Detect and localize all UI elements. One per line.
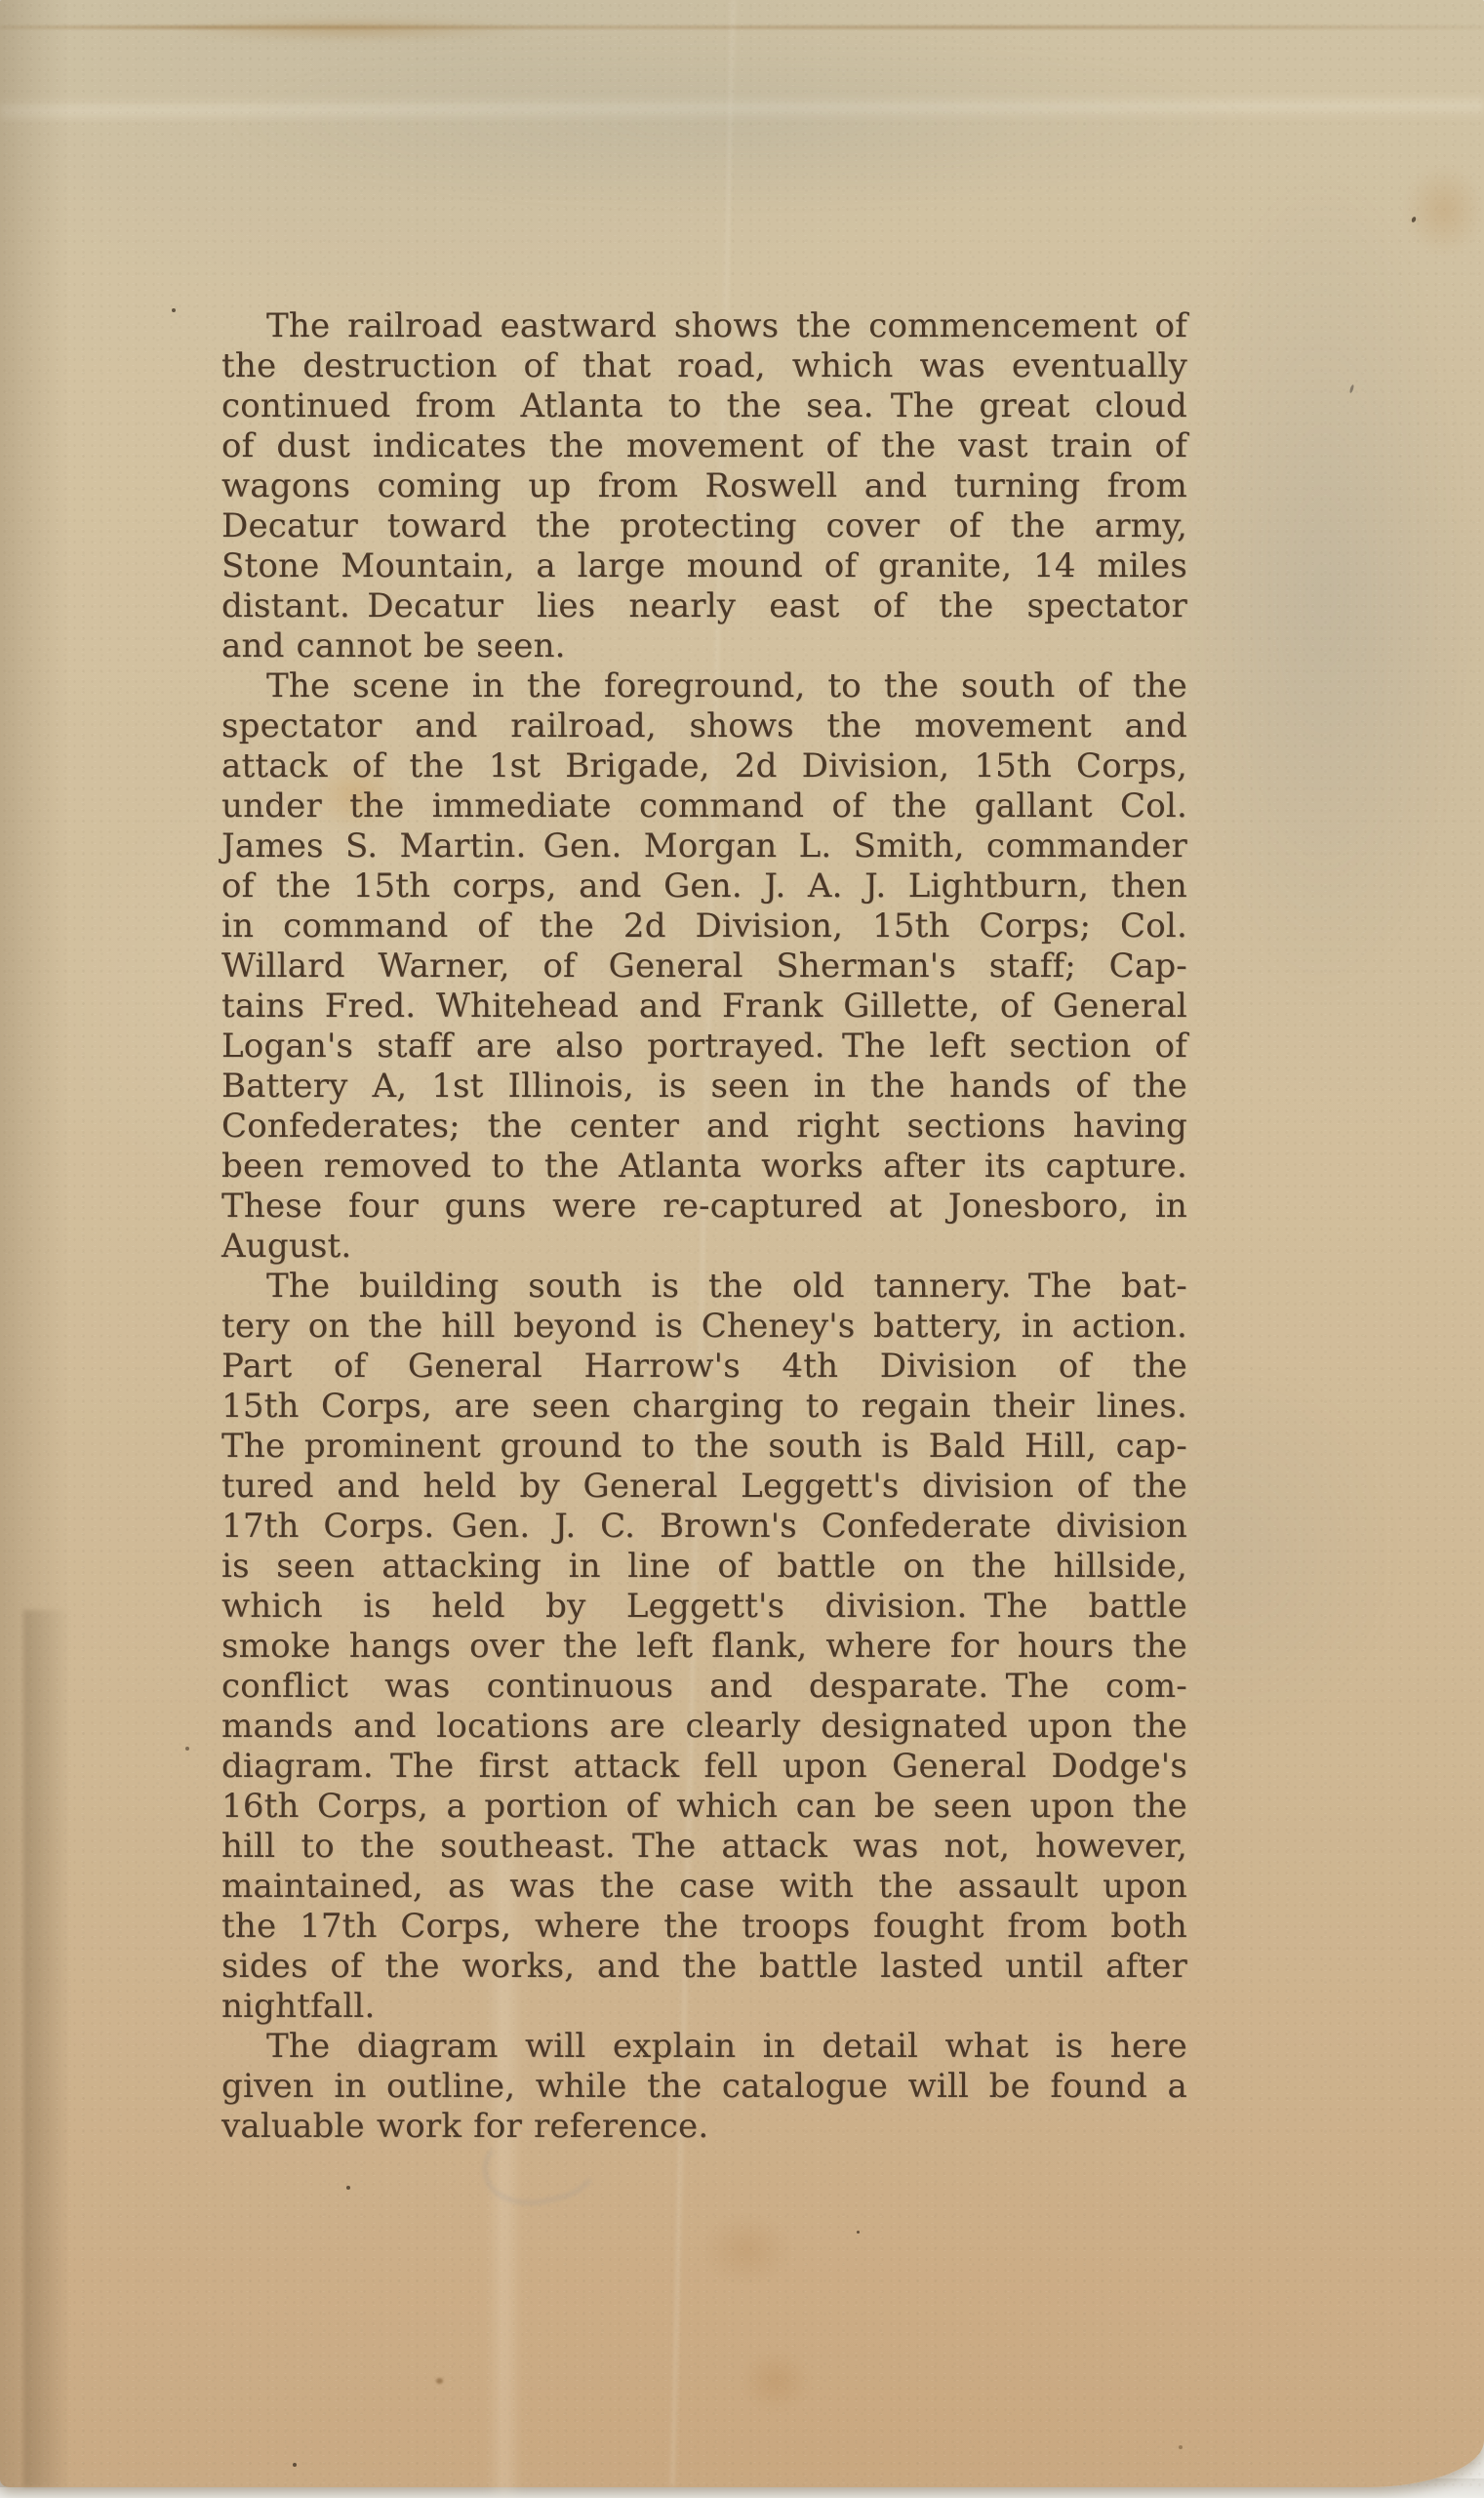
- text-line: tery on the hill beyond is Cheney's batt…: [221, 1307, 1187, 1347]
- text-line: 16th Corps, a portion of which can be se…: [221, 1787, 1187, 1827]
- paper-speck: [857, 2231, 860, 2234]
- text-line: hill to the southeast. The attack was no…: [221, 1827, 1187, 1867]
- paper-speck: [436, 2378, 443, 2384]
- wrinkle-highlight: [0, 93, 1484, 123]
- text-line: in command of the 2d Division, 15th Corp…: [221, 907, 1187, 947]
- text-line: given in outline, while the catalogue wi…: [221, 2067, 1187, 2107]
- text-line: of the 15th corps, and Gen. J. A. J. Lig…: [221, 866, 1187, 907]
- horizontal-crease: [0, 25, 1484, 29]
- text-line: tured and held by General Leggett's divi…: [221, 1467, 1187, 1507]
- scanned-document-page: The railroad eastward shows the commence…: [0, 0, 1484, 2498]
- paragraph: The diagram will explain in detail what …: [221, 2027, 1187, 2147]
- text-line: continued from Atlanta to the sea. The g…: [221, 386, 1187, 426]
- text-line: James S. Martin. Gen. Morgan L. Smith, c…: [221, 826, 1187, 866]
- text-line: and cannot be seen.: [221, 626, 1187, 666]
- text-line: The building south is the old tannery. T…: [221, 1267, 1187, 1307]
- paragraph: The scene in the foreground, to the sout…: [221, 666, 1187, 1267]
- text-line: which is held by Leggett's division. The…: [221, 1587, 1187, 1627]
- text-line: diagram. The first attack fell upon Gene…: [221, 1747, 1187, 1787]
- text-line: Stone Mountain, a large mound of granite…: [221, 546, 1187, 586]
- paper-speck: [293, 2463, 297, 2467]
- paper-speck: [185, 1747, 189, 1751]
- text-line: spectator and railroad, shows the moveme…: [221, 706, 1187, 746]
- body-text: The railroad eastward shows the commence…: [221, 306, 1187, 2147]
- text-line: Willard Warner, of General Sherman's sta…: [221, 947, 1187, 987]
- text-line: Decatur toward the protecting cover of t…: [221, 506, 1187, 546]
- text-line: attack of the 1st Brigade, 2d Division, …: [221, 746, 1187, 786]
- text-line: conflict was continuous and desparate. T…: [221, 1667, 1187, 1707]
- text-line: under the immediate command of the galla…: [221, 786, 1187, 826]
- text-line: The scene in the foreground, to the sout…: [221, 666, 1187, 706]
- left-fold-shadow-lower: [23, 1610, 82, 2487]
- text-line: These four guns were re-captured at Jone…: [221, 1187, 1187, 1227]
- text-line: Part of General Harrow's 4th Division of…: [221, 1347, 1187, 1387]
- text-line: maintained, as was the case with the ass…: [221, 1867, 1187, 1907]
- paper-speck: [172, 308, 176, 312]
- text-line: the 17th Corps, where the troops fought …: [221, 1907, 1187, 1947]
- text-line: Battery A, 1st Illinois, is seen in the …: [221, 1067, 1187, 1107]
- text-line: distant. Decatur lies nearly east of the…: [221, 586, 1187, 626]
- text-line: 17th Corps. Gen. J. C. Brown's Confedera…: [221, 1507, 1187, 1547]
- text-line: August.: [221, 1227, 1187, 1267]
- text-line: is seen attacking in line of battle on t…: [221, 1547, 1187, 1587]
- paragraph: The railroad eastward shows the commence…: [221, 306, 1187, 666]
- text-line: wagons coming up from Roswell and turnin…: [221, 466, 1187, 506]
- paper-speck: [1179, 2445, 1183, 2449]
- text-line: the destruction of that road, which was …: [221, 346, 1187, 386]
- text-line: nightfall.: [221, 1987, 1187, 2027]
- text-line: valuable work for reference.: [221, 2107, 1187, 2147]
- text-line: The prominent ground to the south is Bal…: [221, 1427, 1187, 1467]
- text-line: Confederates; the center and right secti…: [221, 1107, 1187, 1147]
- text-line: mands and locations are clearly designat…: [221, 1707, 1187, 1747]
- text-line: The railroad eastward shows the commence…: [221, 306, 1187, 346]
- text-line: 15th Corps, are seen charging to regain …: [221, 1387, 1187, 1427]
- text-line: The diagram will explain in detail what …: [221, 2027, 1187, 2067]
- text-line: been removed to the Atlanta works after …: [221, 1147, 1187, 1187]
- text-line: smoke hangs over the left flank, where f…: [221, 1627, 1187, 1667]
- text-line: Logan's staff are also portrayed. The le…: [221, 1027, 1187, 1067]
- paper-speck: [346, 2186, 350, 2190]
- paragraph: The building south is the old tannery. T…: [221, 1267, 1187, 2027]
- text-line: tains Fred. Whitehead and Frank Gillette…: [221, 987, 1187, 1027]
- text-line: of dust indicates the movement of the va…: [221, 426, 1187, 466]
- text-line: sides of the works, and the battle laste…: [221, 1947, 1187, 1987]
